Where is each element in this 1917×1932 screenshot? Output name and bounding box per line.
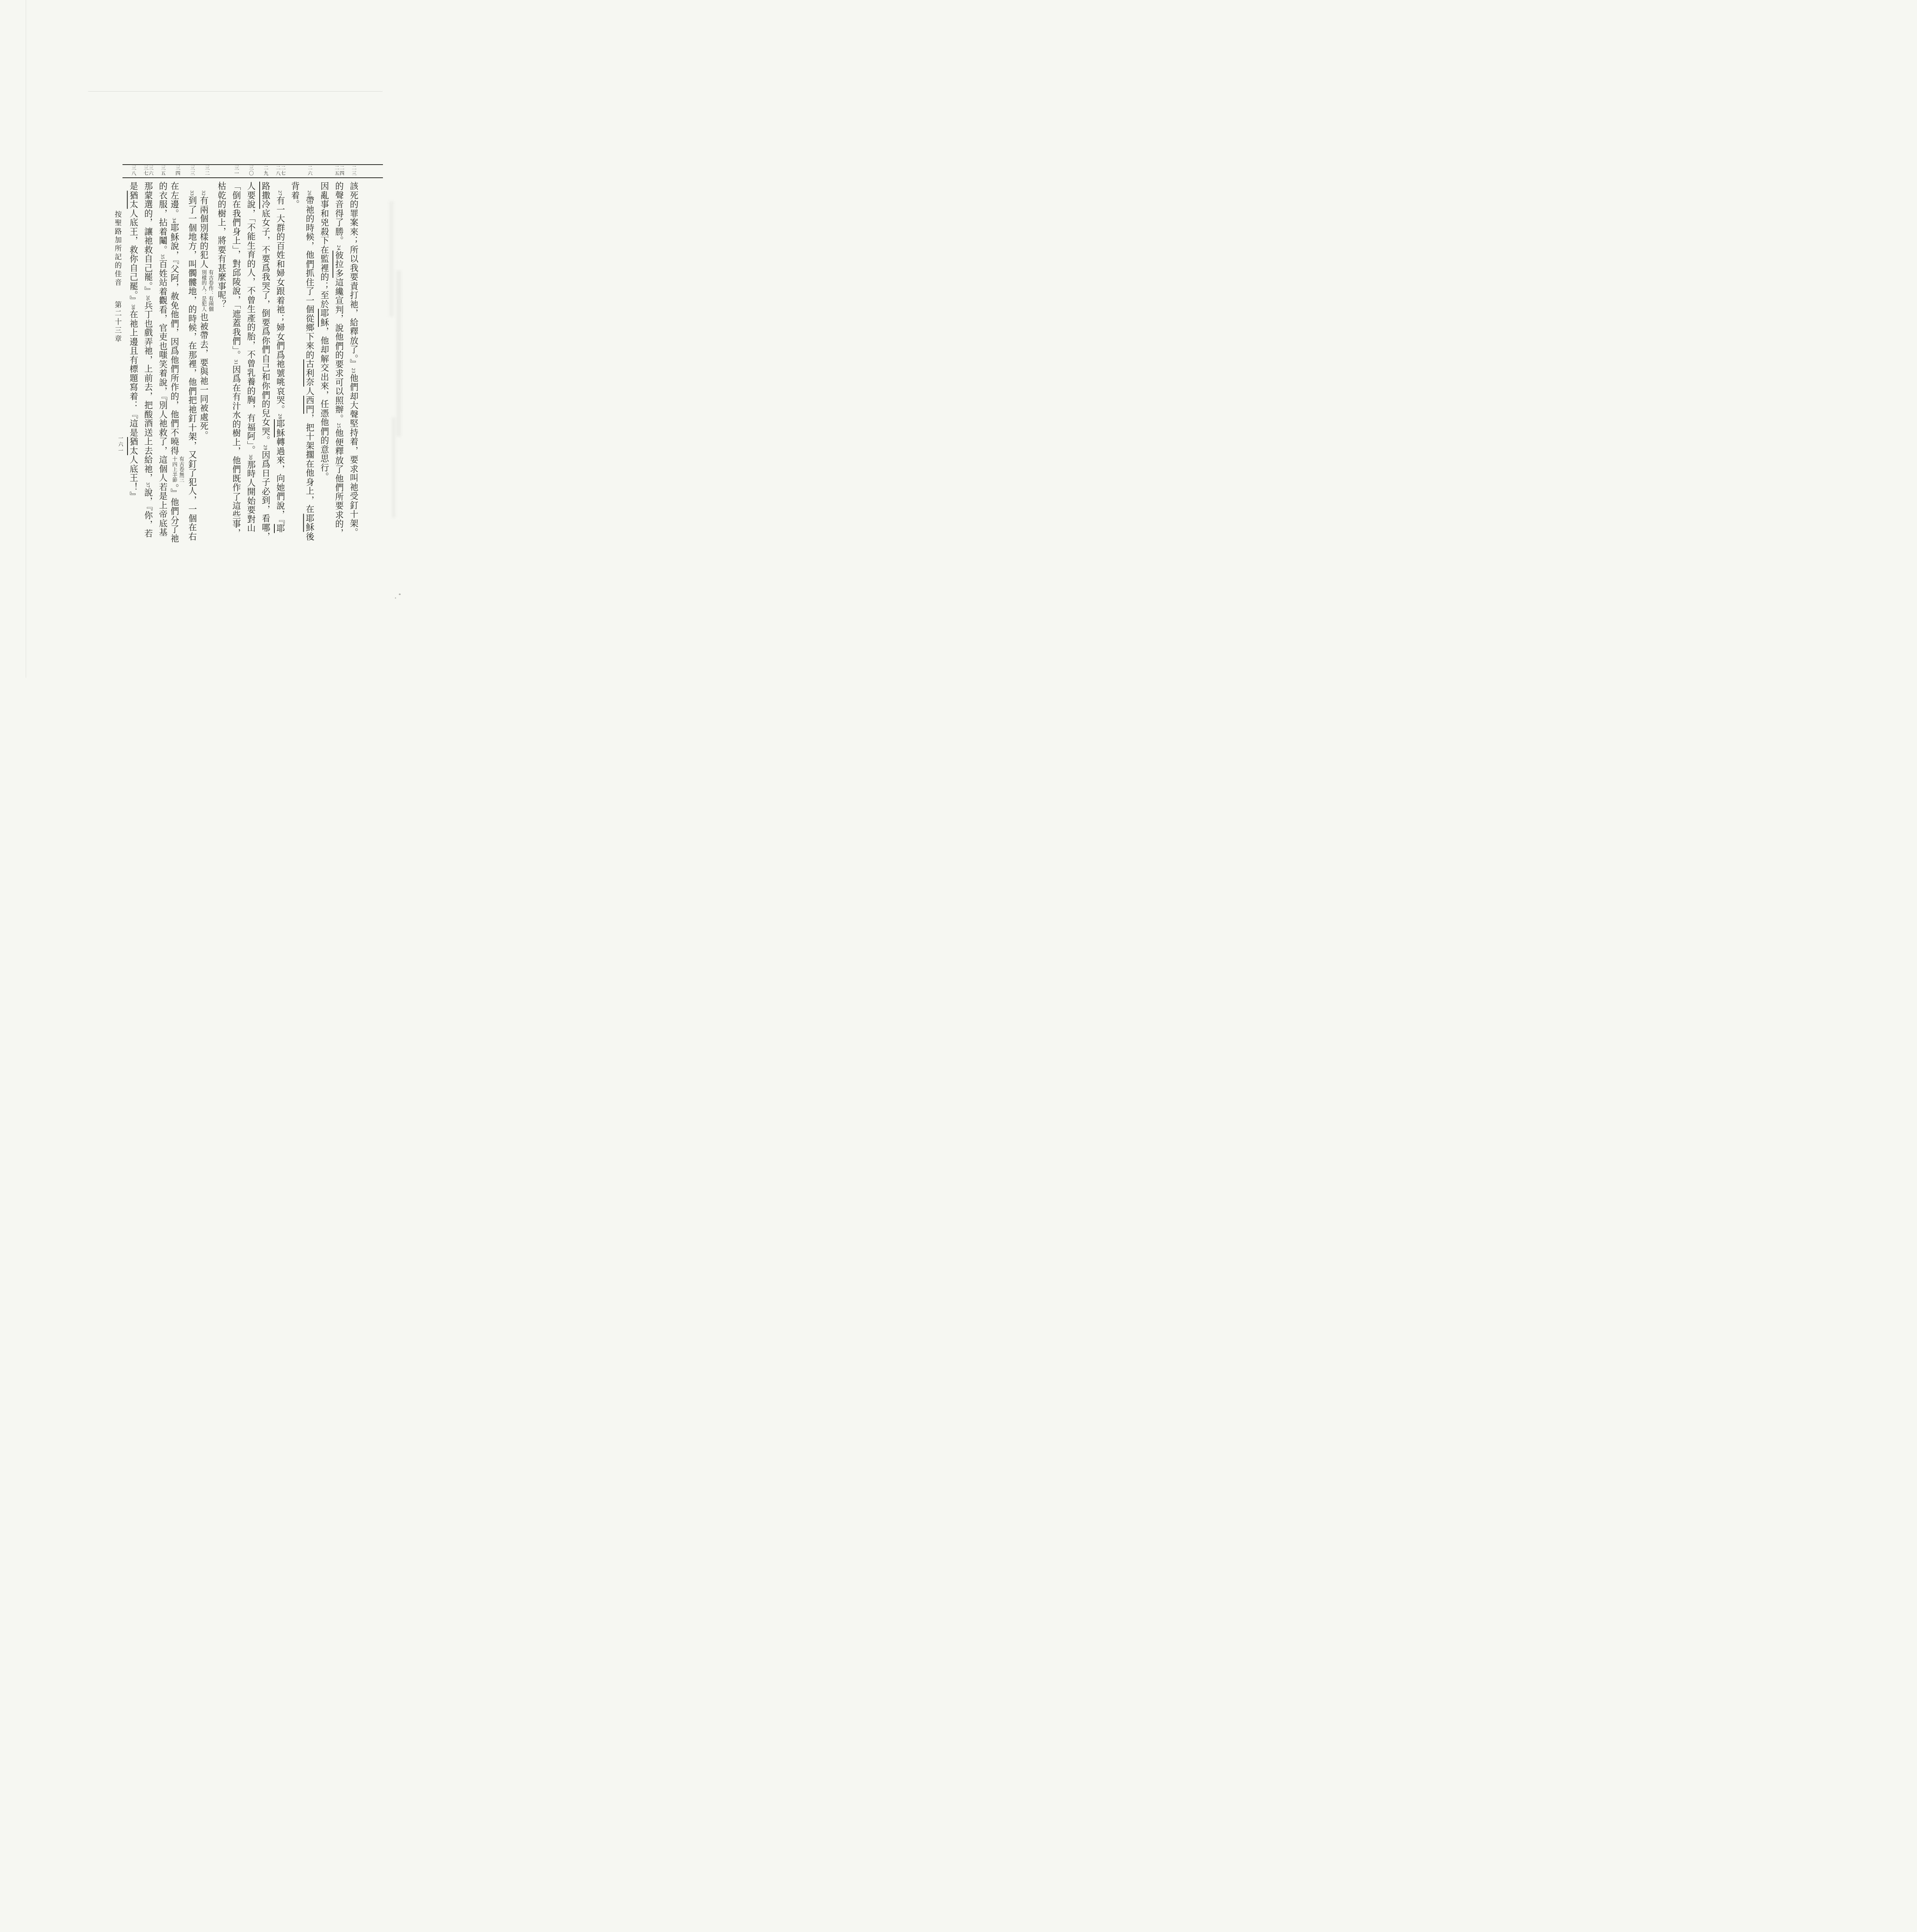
scripture-text: 該死的罪案來；所以我要責打祂，給釋放了。』: [349, 182, 359, 368]
verse-marker-label: 三三: [190, 165, 195, 177]
verse-marker: 二七二八: [273, 165, 287, 177]
verse-marker-label: 二五: [334, 165, 339, 177]
header-rule-top: [122, 164, 383, 165]
scripture-text: 是: [129, 182, 138, 191]
verse-marker: 二四二五: [332, 165, 346, 177]
verse-marker: 三五: [155, 165, 170, 177]
scripture-text: 兵丁也戲弄祂，上前去，把酸酒送上去給祂，: [143, 301, 153, 483]
verse-marker: 二三: [346, 165, 361, 177]
verse-marker-label: 三四: [175, 165, 180, 177]
proper-name: 耶穌: [305, 514, 315, 532]
inline-note-line: 十四上半節: [171, 456, 178, 483]
text-column: 33到了一個地方，叫髑髏地，的時候，在那裡，他們把祂釘十架，又釘了犯人，一個在右…: [185, 182, 199, 545]
scripture-text-block: 該死的罪案來；所以我要責打祂，給釋放了。』23他們却大聲堅持着，要求叫祂受釘十架…: [126, 182, 361, 545]
running-title-chapter: 第二十三章: [113, 301, 123, 344]
scripture-text: 那蒙選的，讓祂救自己罷。』: [143, 182, 153, 296]
verse-number: 35: [160, 254, 165, 260]
scan-noise-dot: [395, 597, 396, 599]
verse-number: 31: [233, 360, 239, 365]
verse-marker-label: 三五: [160, 165, 165, 177]
verse-number: 23: [351, 368, 356, 374]
scripture-text: 有兩個別樣的犯人: [199, 196, 209, 269]
verse-number: 32: [201, 190, 206, 196]
running-title-book: 按聖路加所記的佳音: [114, 211, 122, 287]
verse-marker-label: 二九: [263, 165, 268, 177]
scripture-text: ，把十架擱在他身上，在: [305, 414, 315, 514]
verse-marker-label: 三二: [204, 165, 209, 177]
verse-marker-band: 二三 二四二五 二六 二七二八 二九 三〇 三一 三二 三三 三四 三五 三六三…: [126, 165, 361, 177]
text-column: 因亂事和兇殺下在監裡的；至於耶穌，他却解交出來，任憑他們的意思行。: [317, 182, 332, 545]
verse-marker-label: 二四: [339, 165, 344, 177]
scripture-text: 人底王！』: [129, 455, 138, 501]
verse-number: 38: [131, 304, 136, 310]
verse-number: 24: [336, 245, 342, 251]
proper-name: 耶: [276, 524, 285, 533]
text-column: 路撒冷底女子，不要爲我哭了，倒要爲你們自己和你們的兒女哭。29因爲日子必到，看哪…: [258, 182, 273, 545]
proper-name: 耶穌: [276, 419, 285, 437]
verse-marker: 三一: [229, 165, 243, 177]
verse-marker-label: 三一: [234, 165, 239, 177]
scripture-text: 說，『你，若: [143, 488, 153, 538]
text-column: 的衣服，拈着鬮。35百姓站着觀看，官吏也嗤笑着說，『別人祂救了，這個人若是上帝底…: [155, 182, 170, 545]
proper-name: 西門: [305, 396, 315, 414]
ink-bleedthrough-streak: [396, 270, 401, 437]
running-title: 按聖路加所記的佳音第二十三章: [113, 211, 123, 558]
verse-marker-label: 三〇: [248, 165, 253, 177]
verse-number: 27: [277, 190, 283, 196]
text-column: 在左邊。34耶穌說，『父阿，赦免他們，因爲他們所作的，他們不曉得有古卷無三十四上…: [170, 182, 185, 545]
proper-name: 彼拉多: [334, 251, 344, 278]
verse-number: 30: [248, 455, 253, 460]
verse-number: 33: [189, 190, 195, 196]
verse-marker: 三八: [126, 165, 141, 177]
header-rule-bottom: [122, 177, 383, 178]
scripture-text: 的衣服，拈着鬮。: [158, 182, 168, 254]
proper-name: 古利奈: [305, 359, 315, 387]
inline-note: 有古卷作：有兩個別樣的人：是犯人: [200, 270, 214, 311]
verse-marker-label: 二七: [280, 165, 285, 177]
inline-note-line: 有古卷作：有兩個: [207, 270, 214, 311]
inline-note-line: 有古卷無三: [178, 456, 185, 483]
scripture-text: 底女子，不要爲我哭了，倒要爲你們自己和你們的兒女哭。: [261, 209, 270, 445]
verse-marker-label: 三六: [148, 165, 153, 177]
page-number: 一六一: [117, 435, 124, 454]
text-column: 26帶祂的時候，他們抓住了一個從鄉下來的古利奈人西門，把十架擱在他身上，在耶穌後…: [302, 182, 317, 545]
inline-note: 有古卷無三十四上半節: [171, 456, 185, 483]
verse-marker: 二六: [302, 165, 317, 177]
verse-marker: 三二: [199, 165, 214, 177]
scan-edge-shadow: [26, 0, 26, 678]
text-column: 那蒙選的，讓祂救自己罷。』36兵丁也戲弄祂，上前去，把酸酒送上去給祂，37說，『…: [141, 182, 155, 545]
verse-number: 36: [145, 296, 151, 301]
text-column: 背着。: [287, 182, 302, 545]
scripture-text: 到了一個地方，叫髑髏地，的時候，在那裡，他們把祂釘十架，又釘了犯人，一個在右邊，…: [185, 190, 197, 541]
verse-marker: 三三: [185, 165, 199, 177]
verse-number: 34: [172, 218, 177, 223]
text-column: 32有兩個別樣的犯人有古卷作：有兩個別樣的人：是犯人也被帶去，要與祂一同被處死。: [199, 182, 214, 545]
verse-marker-label: 二三: [351, 165, 356, 177]
scan-top-edge-line: [88, 91, 383, 92]
verse-number: 29: [263, 445, 268, 451]
verse-marker-label: 三七: [143, 165, 148, 177]
scripture-text: 人: [305, 387, 315, 396]
scripture-text: ，他却解交出來，任憑他們的意思行。: [320, 327, 329, 481]
verse-number: 26: [307, 190, 312, 196]
scripture-text: 在祂上邊且有標題寫着：『這是: [129, 310, 138, 437]
verse-marker: 三六三七: [141, 165, 155, 177]
scripture-text: 枯乾的樹上，將要有甚麼事呢？: [217, 182, 226, 309]
verse-marker-label: 二六: [307, 165, 312, 177]
verse-marker-label: 三八: [131, 165, 136, 177]
scripture-text: 因亂事和兇殺下在監裡的；至於: [320, 182, 329, 309]
ink-bleedthrough-streak: [390, 201, 393, 317]
text-column: 該死的罪案來；所以我要責打祂，給釋放了。』23他們却大聲堅持着，要求叫祂受釘十架…: [346, 182, 361, 545]
proper-name: 猶太: [129, 437, 138, 455]
inline-note-line: 別樣的人：是犯人: [200, 270, 207, 311]
scripture-text: 有一大群的百姓和婦女跟着祂；婦女們爲祂號咷哀哭。: [276, 196, 285, 414]
scripture-text: 也被帶去，要與祂一同被處死。: [199, 313, 209, 440]
scripture-text: 。』他們分了祂: [170, 484, 179, 543]
verse-number: 25: [336, 423, 342, 429]
text-column: 27有一大群的百姓和婦女跟着祂；婦女們爲祂號咷哀哭。28耶穌轉過來，向她們說，『…: [273, 182, 287, 545]
proper-name: 路撒冷: [261, 182, 270, 209]
scripture-text: 背着。: [290, 182, 300, 209]
scripture-text: 人要說，「不能生育的人，不曾生產的胎，不曾乳養的胸，有福阿」。: [246, 182, 256, 455]
scripture-text: 在左邊。: [170, 182, 179, 218]
scripture-text: 說，『父阿，赦免他們，因爲他們所作的，他們不曉得: [170, 241, 179, 455]
verse-number: 37: [145, 483, 151, 488]
verse-marker: 二九: [258, 165, 273, 177]
scripture-text: 這纔宣判，說他們的要求可以照辦。: [334, 278, 344, 423]
ink-bleedthrough-streak: [392, 417, 395, 518]
scripture-text: 的聲音得了勝。: [334, 182, 344, 245]
proper-name: 猶太: [129, 191, 138, 209]
scanned-bible-page: { "page": { "paper_color": "#f6f6f3", "i…: [0, 0, 479, 678]
verse-marker: 三四: [170, 165, 185, 177]
verse-marker: 三〇: [243, 165, 258, 177]
verse-number: 28: [277, 414, 283, 419]
text-column: 是猶太人底王，救你自己罷。』38在祂上邊且有標題寫着：『這是猶太人底王！』: [126, 182, 141, 545]
proper-name: 耶穌: [170, 223, 179, 241]
text-column: 枯乾的樹上，將要有甚麼事呢？: [214, 182, 229, 545]
text-column: 的聲音得了勝。24彼拉多這纔宣判，說他們的要求可以照辦。25他便釋放了他們所要求…: [332, 182, 346, 545]
scripture-text: 帶祂的時候，他們抓住了一個從鄉下來的: [305, 196, 315, 359]
proper-name: 耶穌: [320, 309, 329, 327]
scripture-text: 人底王，救你自己罷。』: [129, 209, 138, 305]
verse-marker-label: 二八: [275, 165, 280, 177]
scripture-text: 「倒在我們身上」，對邱陵說，「遮蓋我們」。: [231, 182, 241, 360]
scripture-text: 轉過來，向她們說，『: [276, 437, 285, 524]
text-column: 人要說，「不能生育的人，不曾生產的胎，不曾乳養的胸，有福阿」。30那時人開始要對…: [243, 182, 258, 545]
scan-noise-dot: [399, 594, 401, 595]
text-column: 「倒在我們身上」，對邱陵說，「遮蓋我們」。31因爲在有汁水的樹上，他們既作了這些…: [229, 182, 243, 545]
